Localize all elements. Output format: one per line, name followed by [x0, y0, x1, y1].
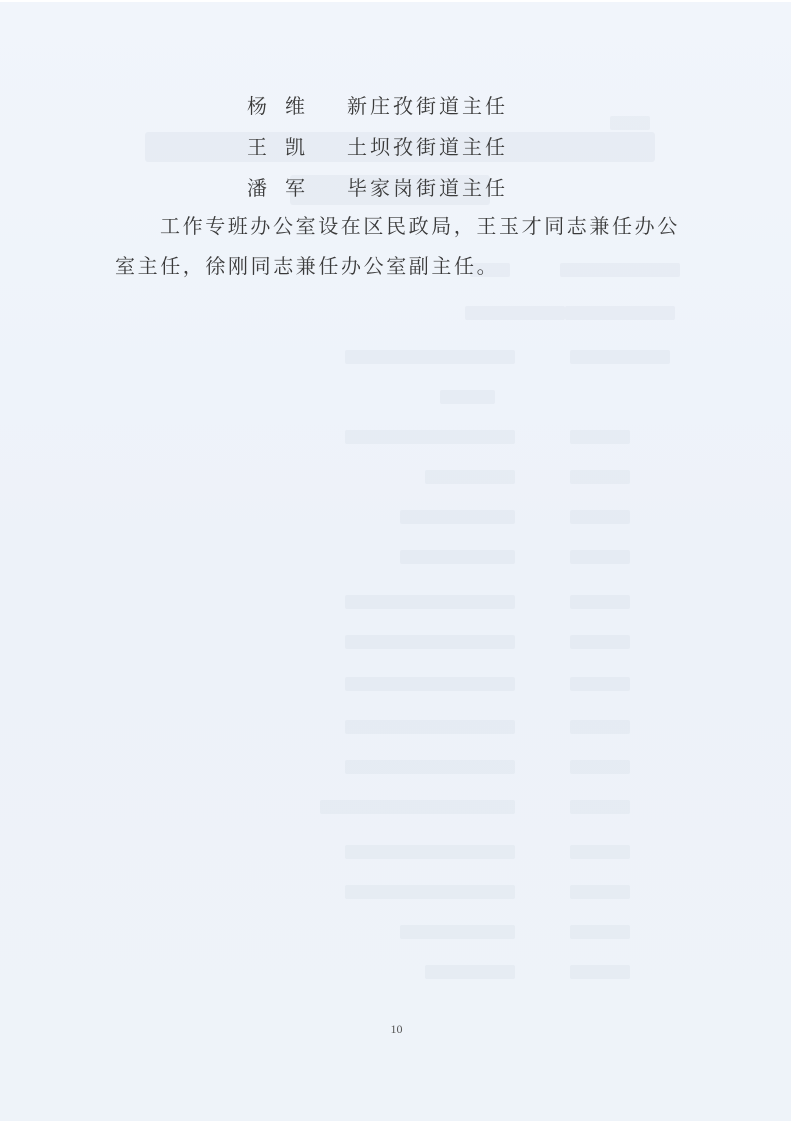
member-row: 王凯 土坝孜街道主任 [0, 135, 793, 159]
member-name: 杨维 [247, 94, 323, 118]
page-top-edge [0, 0, 793, 2]
office-paragraph: 工作专班办公室设在区民政局，王玉才同志兼任办公室主任，徐刚同志兼任办公室副主任。 [115, 206, 695, 286]
member-name: 王凯 [247, 135, 323, 159]
member-role: 毕家岗街道主任 [347, 176, 508, 200]
member-role: 土坝孜街道主任 [347, 135, 508, 159]
member-role: 新庄孜街道主任 [347, 94, 508, 118]
member-name: 潘军 [247, 176, 323, 200]
reverse-side-show-through [0, 0, 793, 1121]
member-row: 杨维 新庄孜街道主任 [0, 94, 793, 118]
member-row: 潘军 毕家岗街道主任 [0, 176, 793, 200]
page-number: 10 [0, 1022, 793, 1037]
document-page: 杨维 新庄孜街道主任 王凯 土坝孜街道主任 潘军 毕家岗街道主任 工作专班办公室… [0, 0, 793, 1121]
